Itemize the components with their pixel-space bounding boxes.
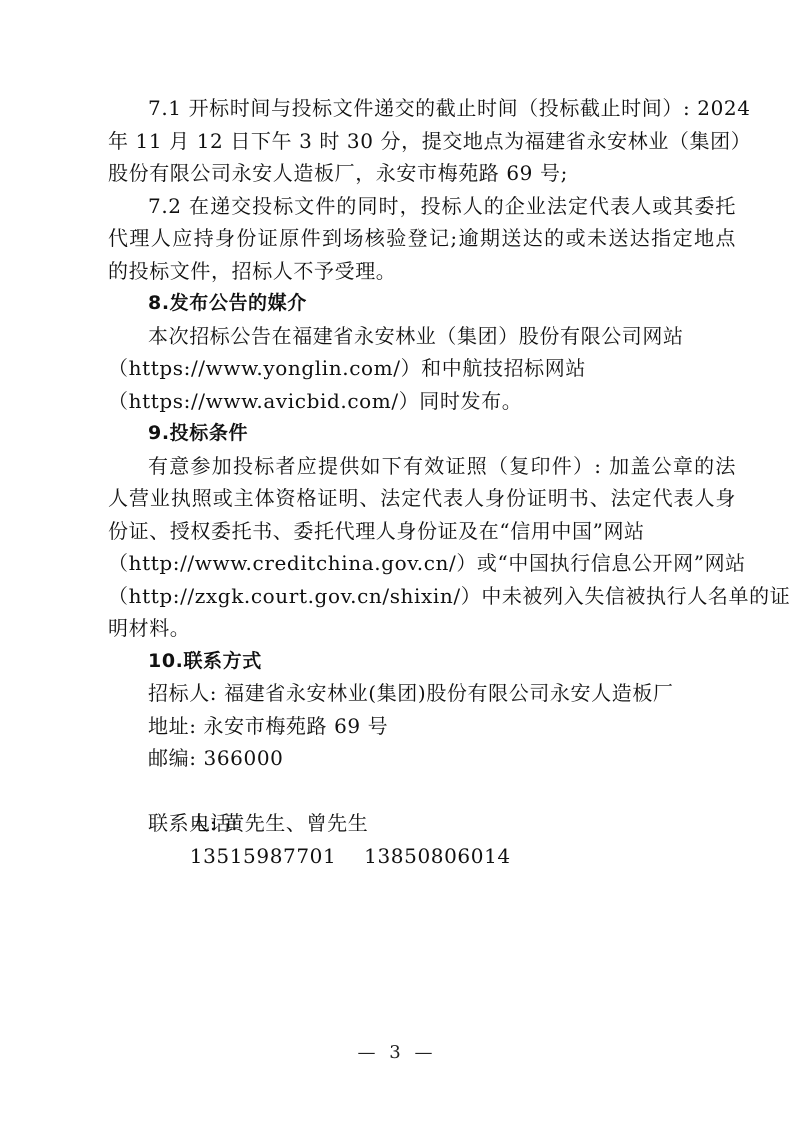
document-page: 7.1 开标时间与投标文件递交的截止时间（投标截止时间）: 2024 年 11 … (108, 92, 736, 840)
paragraph-line: 年 11 月 12 日下午 3 时 30 分，提交地点为福建省永安林业（集团） (108, 125, 736, 158)
contact-value: 366000 (204, 746, 284, 770)
paragraph-line: （https://www.yonglin.com/）和中航技招标网站 (108, 352, 736, 385)
section-heading: 9.投标条件 (108, 417, 736, 450)
contact-value: 13515987701 13850806014 (190, 844, 511, 868)
contact-value: 永安市梅苑路 69 号 (204, 714, 389, 738)
section-heading: 8.发布公告的媒介 (108, 287, 736, 320)
section-heading: 10.联系方式 (108, 645, 736, 678)
contact-tenderer: 招标人: 福建省永安林业(集团)股份有限公司永安人造板厂 (108, 677, 736, 710)
contact-value: 黄先生、曾先生 (224, 811, 368, 835)
paragraph-line: 7.2 在递交投标文件的同时，投标人的企业法定代表人或其委托 (108, 190, 736, 223)
section-7-1: 7.1 开标时间与投标文件递交的截止时间（投标截止时间）: 2024 年 11 … (108, 92, 736, 190)
paragraph-line: （http://zxgk.court.gov.cn/shixin/）中未被列入失… (108, 580, 736, 613)
paragraph-line: 份证、授权委托书、委托代理人身份证及在“信用中国”网站 (108, 515, 736, 548)
section-7-2: 7.2 在递交投标文件的同时，投标人的企业法定代表人或其委托 代理人应持身份证原… (108, 190, 736, 288)
paragraph-line: 人营业执照或主体资格证明、法定代表人身份证明书、法定代表人身 (108, 482, 736, 515)
contact-label: 联系人: (148, 811, 217, 835)
page-number: — 3 — (0, 1042, 794, 1063)
contact-postcode: 邮编: 366000 (108, 742, 736, 775)
section-8: 8.发布公告的媒介 本次招标公告在福建省永安林业（集团）股份有限公司网站 （ht… (108, 287, 736, 417)
contact-address: 地址: 永安市梅苑路 69 号 (108, 710, 736, 743)
section-10: 10.联系方式 招标人: 福建省永安林业(集团)股份有限公司永安人造板厂 地址:… (108, 645, 736, 840)
paragraph-line: 7.1 开标时间与投标文件递交的截止时间（投标截止时间）: 2024 (108, 92, 736, 125)
paragraph-line: （https://www.avicbid.com/）同时发布。 (108, 385, 736, 418)
paragraph-line: 股份有限公司永安人造板厂，永安市梅苑路 69 号; (108, 157, 736, 190)
contact-person: 联系人: 黄先生、曾先生 (108, 807, 736, 840)
paragraph-line: 本次招标公告在福建省永安林业（集团）股份有限公司网站 (108, 320, 736, 353)
contact-value: 福建省永安林业(集团)股份有限公司永安人造板厂 (224, 681, 673, 705)
paragraph-line: 的投标文件，招标人不予受理。 (108, 255, 736, 288)
section-9: 9.投标条件 有意参加投标者应提供如下有效证照（复印件）: 加盖公章的法 人营业… (108, 417, 736, 645)
paragraph-line: 明材料。 (108, 612, 736, 645)
contact-label: 招标人: (148, 681, 217, 705)
contact-label: 邮编: (148, 746, 197, 770)
paragraph-line: 代理人应持身份证原件到场核验登记;逾期送达的或未送达指定地点 (108, 222, 736, 255)
paragraph-line: 有意参加投标者应提供如下有效证照（复印件）: 加盖公章的法 (108, 450, 736, 483)
paragraph-line: （http://www.creditchina.gov.cn/）或“中国执行信息… (108, 547, 736, 580)
contact-label: 地址: (148, 714, 197, 738)
contact-phone: 电话: 13515987701 13850806014 (108, 775, 736, 808)
